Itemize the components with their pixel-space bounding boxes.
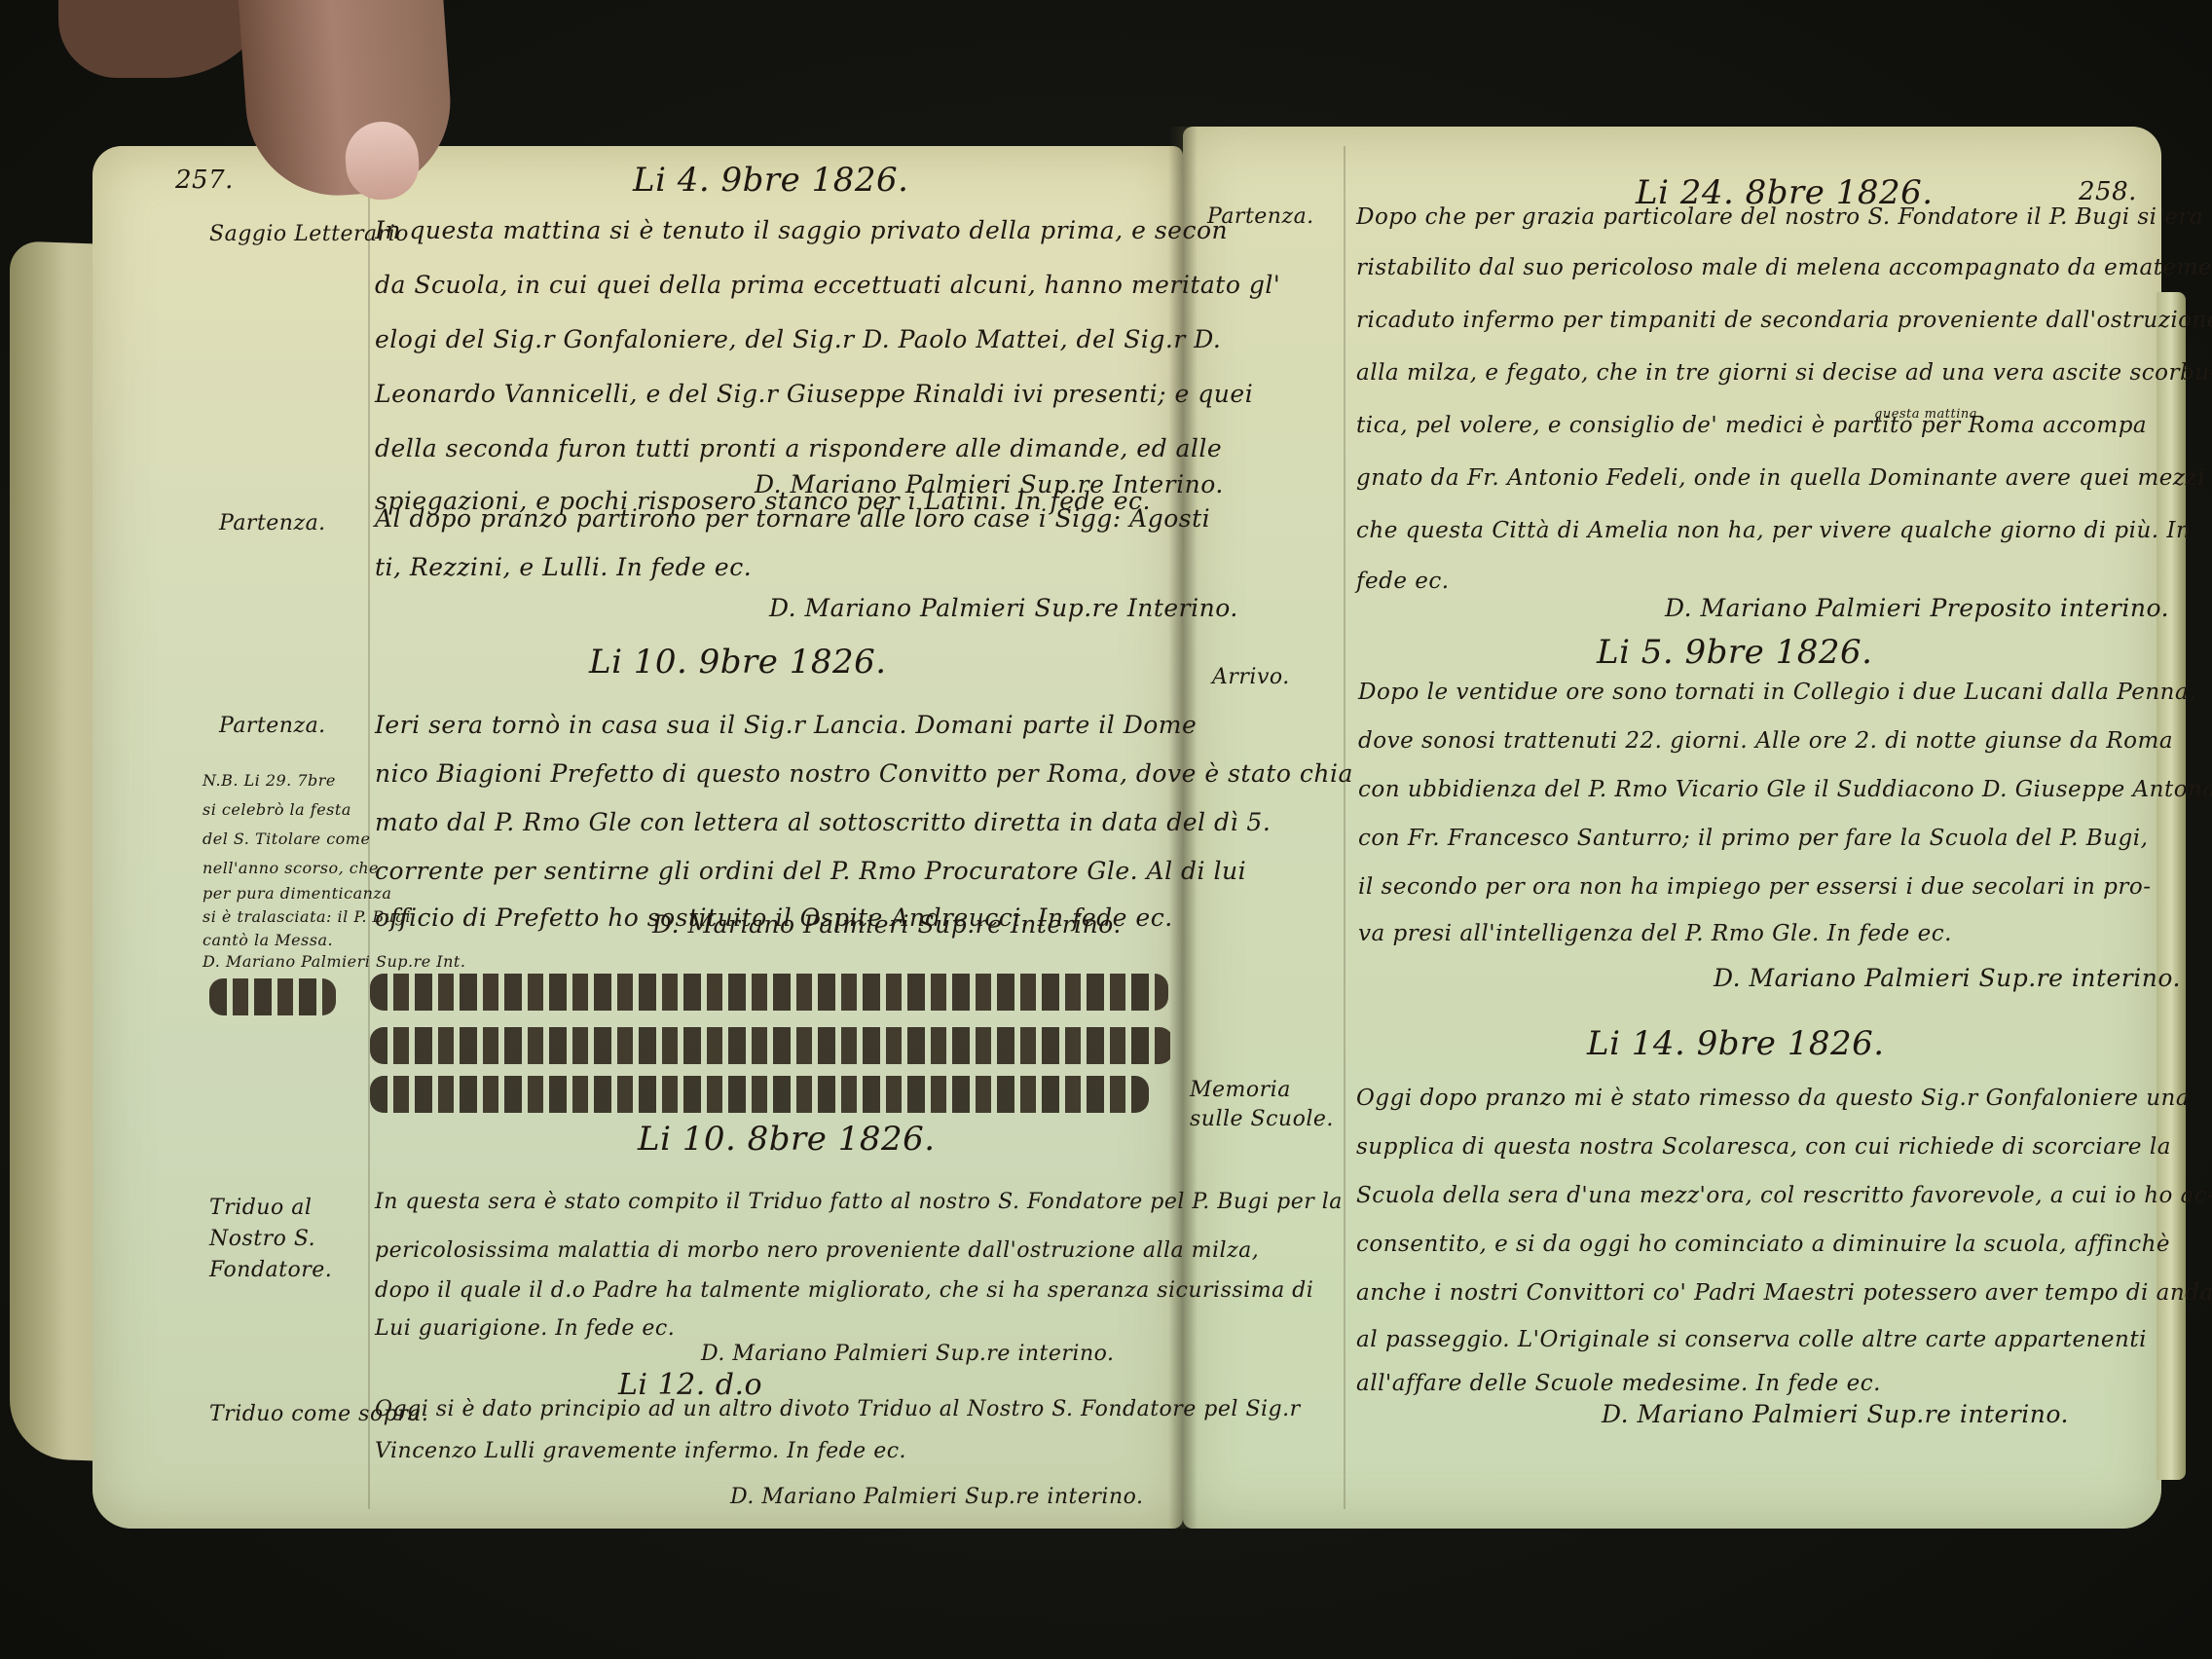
entry-date: Li 10. 9bre 1826. xyxy=(589,643,887,682)
entry-line: della seconda furon tutti pronti a rispo… xyxy=(375,434,1222,462)
entry-line: che questa Città di Amelia non ha, per v… xyxy=(1356,518,2191,543)
signature: D. Mariano Palmieri Sup.re interino. xyxy=(1714,964,2181,992)
margin-note: Triduo al Nostro S. Fondatore. xyxy=(209,1193,365,1286)
margin-note: Partenza. xyxy=(1207,204,1314,229)
margin-nb-line: si è tralasciata: il P. Bugi xyxy=(203,907,411,926)
struck-line xyxy=(370,1076,1149,1113)
margin-nb-line: nell'anno scorso, che xyxy=(203,859,379,877)
entry-date: Li 5. 9bre 1826. xyxy=(1597,633,1872,672)
struck-margin-note xyxy=(209,978,336,1015)
entry-line: Lui guarigione. In fede ec. xyxy=(375,1316,675,1341)
entry-line: consentito, e si da oggi ho cominciato a… xyxy=(1356,1232,2170,1257)
entry-line: dopo il quale il d.o Padre ha talmente m… xyxy=(375,1278,1313,1303)
entry-line: da Scuola, in cui quei della prima eccet… xyxy=(375,271,1280,299)
margin-nb-line: per pura dimenticanza xyxy=(203,884,391,903)
entry-line: mato dal P. Rmo Gle con lettera al sotto… xyxy=(375,808,1271,836)
entry-line: ristabilito dal suo pericoloso male di m… xyxy=(1356,255,2212,280)
margin-nb-line: D. Mariano Palmieri Sup.re Int. xyxy=(203,952,465,971)
entry-line: dove sonosi trattenuti 22. giorni. Alle … xyxy=(1358,728,2173,754)
margin-nb-line: del S. Titolare come xyxy=(203,829,370,848)
left-margin-rule xyxy=(368,195,370,1509)
entry-line: ti, Rezzini, e Lulli. In fede ec. xyxy=(375,553,752,581)
entry-line: Vincenzo Lulli gravemente infermo. In fe… xyxy=(375,1439,906,1463)
margin-note: Partenza. xyxy=(219,714,326,738)
signature: D. Mariano Palmieri Sup.re Interino. xyxy=(769,594,1238,622)
entry-line: Ieri sera tornò in casa sua il Sig.r Lan… xyxy=(375,711,1197,739)
entry-line: supplica di questa nostra Scolaresca, co… xyxy=(1356,1134,2171,1160)
entry-line: anche i nostri Convittori co' Padri Maes… xyxy=(1356,1280,2212,1306)
entry-line: In questa sera è stato compito il Triduo… xyxy=(375,1190,1343,1214)
margin-note: Arrivo. xyxy=(1212,665,1290,689)
entry-line: Al dopo pranzo partirono per tornare all… xyxy=(375,504,1210,533)
interlinear-note: questa mattina xyxy=(1874,407,1977,422)
signature: D. Mariano Palmieri Sup.re Interino. xyxy=(755,470,1224,498)
entry-line: corrente per sentirne gli ordini del P. … xyxy=(375,857,1246,885)
entry-line: il secondo per ora non ha impiego per es… xyxy=(1358,874,2151,900)
entry-line: tica, pel volere, e consiglio de' medici… xyxy=(1356,413,2147,438)
struck-line xyxy=(370,974,1168,1011)
margin-nb-line: si celebrò la festa xyxy=(203,800,351,819)
entry-line: alla milza, e fegato, che in tre giorni … xyxy=(1356,360,2212,386)
entry-line: gnato da Fr. Antonio Fedeli, onde in que… xyxy=(1356,465,2205,491)
right-page-number: 258. xyxy=(2079,177,2137,206)
margin-note: Memoria sulle Scuole. xyxy=(1190,1076,1336,1134)
signature: D. Mariano Palmieri Sup.re interino. xyxy=(1602,1400,2069,1428)
entry-line: Dopo le ventidue ore sono tornati in Col… xyxy=(1358,680,2196,705)
margin-note: Partenza. xyxy=(219,511,326,535)
signature: D. Mariano Palmieri Sup.re Interino. xyxy=(652,910,1122,939)
entry-line: Oggi si è dato principio ad un altro div… xyxy=(375,1397,1301,1421)
entry-date: Li 4. 9bre 1826. xyxy=(633,161,908,200)
entry-line: In questa mattina si è tenuto il saggio … xyxy=(375,216,1228,244)
entry-line: con Fr. Francesco Santurro; il primo per… xyxy=(1358,826,2148,851)
entry-line: Scuola della sera d'una mezz'ora, col re… xyxy=(1356,1183,2212,1208)
entry-line: Leonardo Vannicelli, e del Sig.r Giusepp… xyxy=(375,380,1253,408)
signature: D. Mariano Palmieri Preposito interino. xyxy=(1665,594,2169,622)
entry-date: Li 14. 9bre 1826. xyxy=(1587,1024,1885,1063)
signature: D. Mariano Palmieri Sup.re interino. xyxy=(730,1485,1143,1509)
struck-line xyxy=(370,1027,1173,1064)
entry-line: al passeggio. L'Originale si conserva co… xyxy=(1356,1327,2147,1352)
margin-nb-line: cantò la Messa. xyxy=(203,931,333,949)
signature: D. Mariano Palmieri Sup.re interino. xyxy=(701,1342,1114,1366)
entry-line: nico Biagioni Prefetto di questo nostro … xyxy=(375,759,1353,788)
entry-line: va presi all'intelligenza del P. Rmo Gle… xyxy=(1358,921,1952,946)
entry-date: Li 10. 8bre 1826. xyxy=(638,1120,936,1159)
entry-line: Dopo che per grazia particolare del nost… xyxy=(1356,204,2203,230)
entry-line: pericolosissima malattia di morbo nero p… xyxy=(375,1238,1259,1263)
entry-line: all'affare delle Scuole medesime. In fed… xyxy=(1356,1371,1881,1396)
entry-line: Oggi dopo pranzo mi è stato rimesso da q… xyxy=(1356,1086,2190,1111)
left-page-number: 257. xyxy=(175,166,234,195)
entry-line: con ubbidienza del P. Rmo Vicario Gle il… xyxy=(1358,777,2212,802)
right-margin-rule xyxy=(1344,146,1346,1509)
entry-line: elogi del Sig.r Gonfaloniere, del Sig.r … xyxy=(375,325,1221,353)
entry-line: ricaduto infermo per timpaniti de second… xyxy=(1356,308,2212,333)
entry-line: fede ec. xyxy=(1356,569,1450,594)
margin-nb-line: N.B. Li 29. 7bre xyxy=(203,771,336,790)
